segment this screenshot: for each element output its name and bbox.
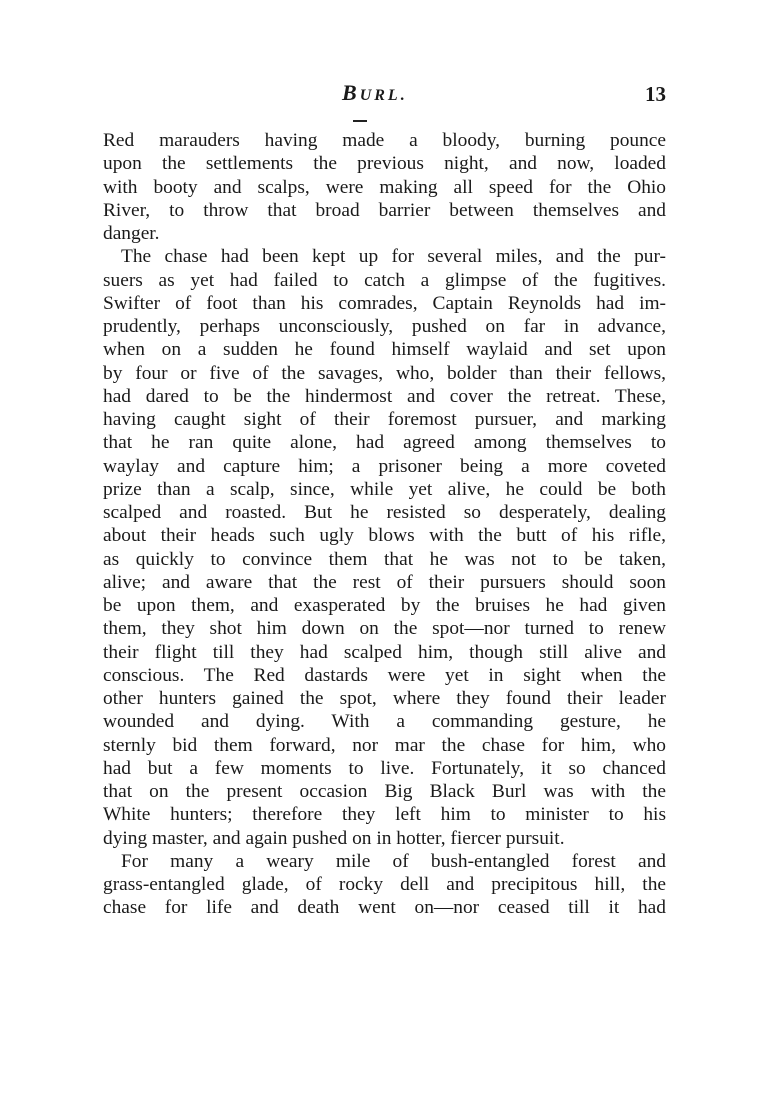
text-line: prize than a scalp, since, while yet ali…: [103, 478, 666, 501]
header-rule: [353, 120, 367, 122]
text-line: suers as yet had failed to catch a glimp…: [103, 269, 666, 292]
text-line: dying master, and again pushed on in hot…: [103, 827, 666, 850]
text-line: other hunters gained the spot, where the…: [103, 687, 666, 710]
page-header: BURL. 13: [103, 80, 666, 124]
text-line: that on the present occasion Big Black B…: [103, 780, 666, 803]
text-line: danger.: [103, 222, 666, 245]
running-title: BURL.: [342, 80, 408, 106]
text-line: prudently, perhaps unconsciously, pushed…: [103, 315, 666, 338]
text-line: conscious. The Red dastards were yet in …: [103, 664, 666, 687]
text-line: having caught sight of their foremost pu…: [103, 408, 666, 431]
text-line: about their heads such ugly blows with t…: [103, 524, 666, 547]
book-page: BURL. 13 Red marauders having made a blo…: [103, 80, 666, 920]
text-line: had dared to be the hindermost and cover…: [103, 385, 666, 408]
text-line: that he ran quite alone, had agreed amon…: [103, 431, 666, 454]
text-line: waylay and capture him; a prisoner being…: [103, 455, 666, 478]
text-line: grass-entangled glade, of rocky dell and…: [103, 873, 666, 896]
text-line: by four or five of the savages, who, bol…: [103, 362, 666, 385]
text-line: alive; and aware that the rest of their …: [103, 571, 666, 594]
text-line: River, to throw that broad barrier betwe…: [103, 199, 666, 222]
text-line: Swifter of foot than his comrades, Capta…: [103, 292, 666, 315]
text-line: sternly bid them forward, nor mar the ch…: [103, 734, 666, 757]
running-title-rest: URL.: [360, 87, 408, 104]
text-line: wounded and dying. With a commanding ges…: [103, 710, 666, 733]
text-line: as quickly to convince them that he was …: [103, 548, 666, 571]
text-line: be upon them, and exasperated by the bru…: [103, 594, 666, 617]
body-text: Red marauders having made a bloody, burn…: [103, 129, 666, 920]
text-line: when on a sudden he found himself waylai…: [103, 338, 666, 361]
text-line: them, they shot him down on the spot—nor…: [103, 617, 666, 640]
text-line: had but a few moments to live. Fortunate…: [103, 757, 666, 780]
paragraph: The chase had been kept up for several m…: [103, 245, 666, 850]
text-line: For many a weary mile of bush-entangled …: [103, 850, 666, 873]
text-line: scalped and roasted. But he resisted so …: [103, 501, 666, 524]
page-number: 13: [645, 82, 666, 107]
running-title-initial: B: [342, 80, 360, 105]
text-line: upon the settlements the previous night,…: [103, 152, 666, 175]
text-line: with booty and scalps, were making all s…: [103, 176, 666, 199]
paragraph: For many a weary mile of bush-entangled …: [103, 850, 666, 920]
text-line: their flight till they had scalped him, …: [103, 641, 666, 664]
paragraph: Red marauders having made a bloody, burn…: [103, 129, 666, 245]
text-line: Red marauders having made a bloody, burn…: [103, 129, 666, 152]
text-line: White hunters; therefore they left him t…: [103, 803, 666, 826]
text-line: chase for life and death went on—nor cea…: [103, 896, 666, 919]
text-line: The chase had been kept up for several m…: [103, 245, 666, 268]
